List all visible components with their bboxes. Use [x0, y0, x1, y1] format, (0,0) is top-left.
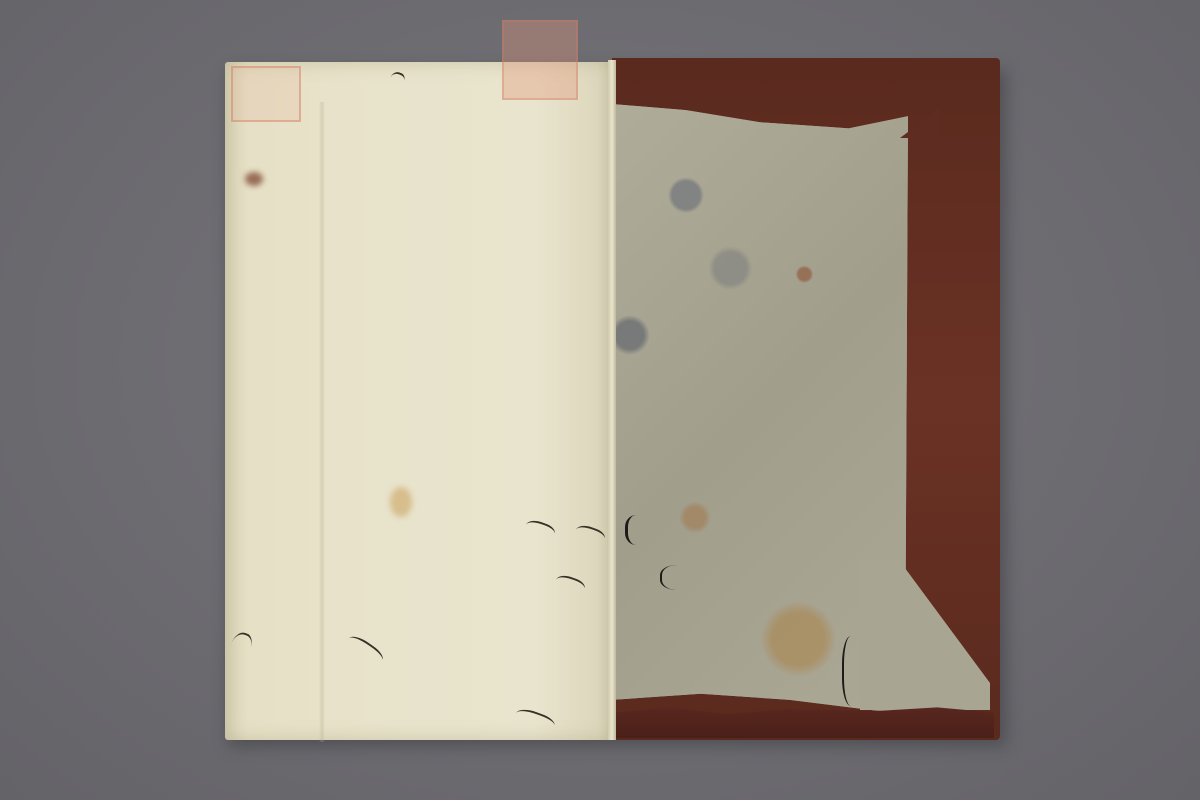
book-gutter	[608, 60, 616, 740]
wormhole-trace	[344, 632, 386, 668]
crack-line	[625, 515, 653, 545]
wormhole-trace	[513, 706, 556, 735]
seal-stamp-left	[231, 66, 301, 122]
left-endpaper	[225, 62, 613, 740]
wormhole-trace	[523, 517, 557, 542]
seal-stamp-top	[502, 20, 578, 100]
wormhole-trace	[225, 630, 255, 667]
stain	[390, 487, 412, 517]
wormhole-trace	[573, 522, 607, 547]
crack-line	[660, 565, 702, 590]
crack-line	[842, 636, 864, 706]
wormhole-trace	[388, 70, 407, 90]
wormhole-trace	[553, 572, 587, 597]
stain	[245, 172, 263, 186]
page-fold-line	[319, 102, 325, 742]
